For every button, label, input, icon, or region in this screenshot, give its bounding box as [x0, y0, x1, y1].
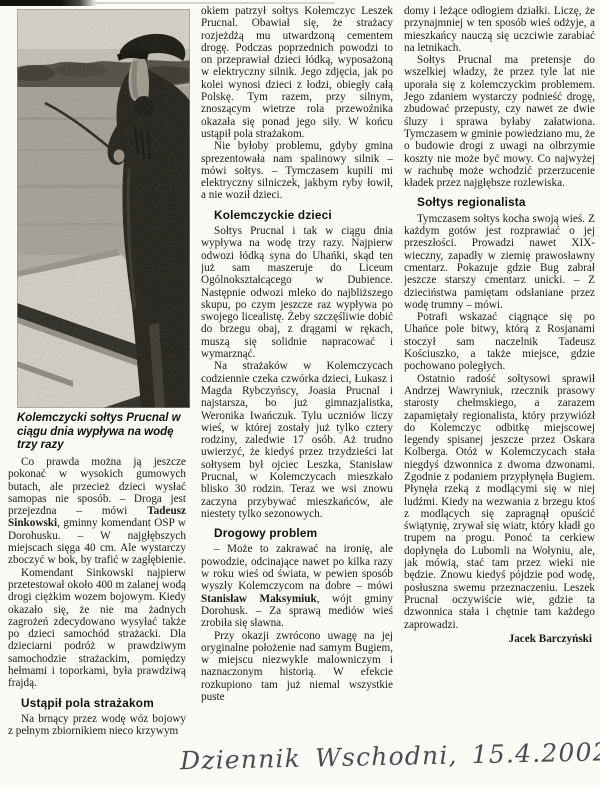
paragraph: – Może to zakrawać na ironię, ale powodz… [201, 543, 393, 629]
section-heading-soltys-regionalista: Sołtys regionalista [404, 196, 595, 208]
scan-artifact-line [95, 2, 335, 4]
paragraph: Potrafi wskazać ciągnące się po Uhańce p… [404, 311, 595, 372]
section-heading-kolemczyckie-dzieci: Kolemczyckie dzieci [201, 209, 393, 221]
paragraph: Nie byłoby problemu, gdyby gmina sprezen… [201, 140, 393, 201]
handwritten-date-note: Dziennik Wschodni, 15.4.2002 r. [180, 738, 591, 776]
column-right: domy i leżące odłogiem działki. Liczę, ż… [404, 5, 595, 645]
paragraph: Ostatnio radość sołtysowi sprawił Andrze… [404, 373, 595, 631]
newspaper-photo [17, 9, 190, 408]
paragraph: Przy okazji zwrócono uwagę na jej orygin… [201, 630, 393, 704]
paragraph: Co prawda można ją jeszcze pokonać w wys… [8, 456, 186, 567]
person-name-stanislaw-maksymiuk: Stanisław Maksymiuk [201, 593, 317, 605]
byline: Jacek Barczyński [404, 633, 595, 645]
paragraph: Sołtys Prucnal ma pretensje do wszelkiej… [404, 54, 595, 189]
column-middle: okiem patrzył sołtys Kołemczyc Leszek Pr… [201, 5, 393, 703]
section-heading-ustapil-pola-strazakom: Ustąpił pola strażakom [8, 697, 186, 709]
section-heading-drogowy-problem: Drogowy problem [201, 527, 393, 539]
photo-caption: Kolemczycki sołtys Prucnal w ciągu dnia … [17, 412, 195, 453]
paragraph-text: – Może to zakrawać na ironię, ale powodz… [201, 543, 393, 592]
scanned-newspaper-article: Kolemczycki sołtys Prucnal w ciągu dnia … [0, 0, 600, 788]
paragraph: Na strażaków w Kolemczycach codziennie c… [201, 360, 393, 520]
column-left: Co prawda można ją jeszcze pokonać w wys… [8, 456, 186, 738]
scan-artifact-smudge [0, 0, 97, 6]
paragraph: domy i leżące odłogiem działki. Liczę, ż… [404, 5, 595, 54]
photo-illustration [17, 9, 190, 408]
photo-grain-overlay [17, 9, 190, 408]
paragraph: Tymczasem sołtys kocha swoją wieś. Z każ… [404, 213, 595, 311]
paragraph: Komendant Sinkowski najpierw przetestowa… [8, 567, 186, 690]
paragraph: okiem patrzył sołtys Kołemczyc Leszek Pr… [201, 5, 393, 140]
paragraph: Na brnący przez wodę wóz bojowy z pełnym… [8, 713, 186, 738]
paragraph: Sołtys Prucnal i tak w ciągu dnia wypływ… [201, 225, 393, 360]
